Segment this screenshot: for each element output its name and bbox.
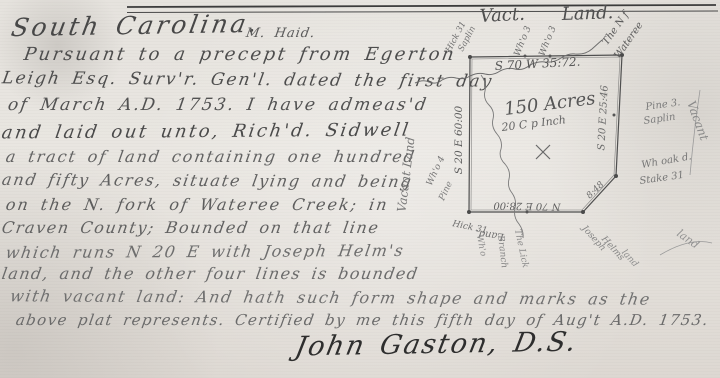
corner-marker (467, 210, 471, 214)
tree-mark: Pine 3. (644, 97, 681, 113)
course-top: S 70 W 35:72. (494, 55, 580, 73)
vacant-land-label: Land. (560, 2, 613, 25)
course-bottom: N 70 E 28:00 (493, 199, 562, 211)
corner-marker (468, 55, 472, 59)
tree-mark: The Lick (512, 228, 530, 269)
scanned-survey-document: South Carolina. M. Haid. Pursuant to a p… (0, 0, 720, 378)
course-right: S 20 E 25:46 (596, 84, 610, 150)
tree-mark: Wh'o 3 (538, 25, 559, 58)
vacant-land-label: Vact. (479, 4, 525, 27)
top-rule (127, 11, 718, 13)
vacant-land-label: Vacant (684, 99, 711, 143)
vacant-land-label: Vacant Land (394, 136, 417, 213)
survey-plat: Vact. Land. S 70 W 35:72. S 20 E 60:00 S… (0, 0, 720, 378)
corner-marker (613, 114, 616, 117)
tree-mark: Saplin (643, 112, 676, 127)
corner-marker (581, 210, 585, 214)
branch-label: Branch (495, 234, 509, 269)
tree-mark: Stake 31 (639, 170, 685, 187)
corner-marker (614, 174, 618, 178)
tree-mark: Wh oak d. (641, 151, 693, 171)
tree-mark: Pine (437, 180, 455, 203)
top-rule (127, 5, 716, 7)
course-left: S 20 E 60:00 (453, 105, 465, 174)
tree-mark: Wh'o 3 (513, 25, 534, 58)
land-label: land (674, 227, 701, 252)
